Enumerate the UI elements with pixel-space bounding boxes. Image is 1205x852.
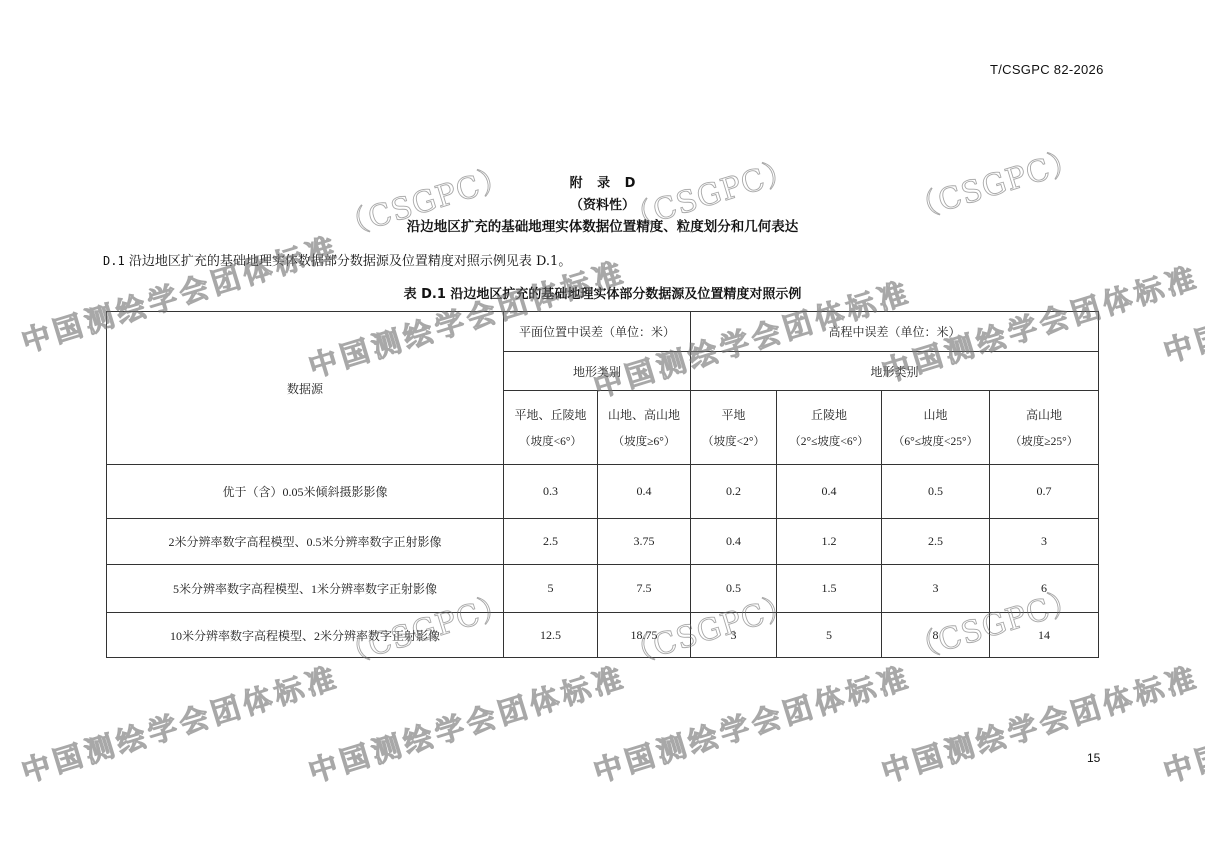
value-cell: 2.5 xyxy=(882,519,990,565)
intro-paragraph: D.1 沿边地区扩充的基础地理实体数据部分数据源及位置精度对照示例见表 D.1。 xyxy=(103,250,571,269)
value-cell: 7.5 xyxy=(598,565,691,613)
slope-range: （2°≤坡度<6°） xyxy=(777,433,881,449)
value-cell: 0.2 xyxy=(691,465,777,519)
watermark-text: 中国测绘学会团体标准 xyxy=(588,655,916,791)
value-cell: 18.75 xyxy=(598,613,691,658)
value-cell: 3 xyxy=(691,613,777,658)
value-cell: 0.4 xyxy=(691,519,777,565)
slope-range: （坡度≥6°） xyxy=(598,433,690,449)
terrain-name: 丘陵地 xyxy=(811,408,847,422)
column-header: 平地（坡度<2°） xyxy=(691,391,777,465)
column-header: 山地、高山地（坡度≥6°） xyxy=(598,391,691,465)
accuracy-table: 数据源 平面位置中误差（单位：米） 高程中误差（单位：米） 地形类别 地形类别 … xyxy=(106,311,1099,658)
terrain-name: 平地 xyxy=(722,408,746,422)
value-cell: 3 xyxy=(882,565,990,613)
appendix-nature: （资料性） xyxy=(0,194,1205,213)
value-cell: 0.4 xyxy=(777,465,882,519)
table-row: 优于（含）0.05米倾斜摄影影像0.30.40.20.40.50.7 xyxy=(107,465,1099,519)
data-source-cell: 10米分辨率数字高程模型、2米分辨率数字正射影像 xyxy=(107,613,504,658)
header-terrain-elevation: 地形类别 xyxy=(691,352,1099,391)
value-cell: 3 xyxy=(990,519,1099,565)
value-cell: 2.5 xyxy=(504,519,598,565)
value-cell: 0.4 xyxy=(598,465,691,519)
slope-range: （坡度≥25°） xyxy=(990,433,1098,449)
section-number: D.1 xyxy=(103,254,125,268)
column-header: 高山地（坡度≥25°） xyxy=(990,391,1099,465)
header-data-source: 数据源 xyxy=(107,312,504,465)
value-cell: 1.5 xyxy=(777,565,882,613)
slope-range: （6°≤坡度<25°） xyxy=(882,433,989,449)
header-terrain-plane: 地形类别 xyxy=(504,352,691,391)
appendix-title: 附 录 D xyxy=(0,172,1205,191)
table-row: 2米分辨率数字高程模型、0.5米分辨率数字正射影像2.53.750.41.22.… xyxy=(107,519,1099,565)
value-cell: 6 xyxy=(990,565,1099,613)
table-caption: 表 D.1 沿边地区扩充的基础地理实体部分数据源及位置精度对照示例 xyxy=(0,283,1205,302)
value-cell: 5 xyxy=(504,565,598,613)
watermark-text: 中国测绘学会团体标准 xyxy=(876,655,1204,791)
slope-range: （坡度<2°） xyxy=(691,433,776,449)
table-row: 10米分辨率数字高程模型、2米分辨率数字正射影像12.518.7535814 xyxy=(107,613,1099,658)
terrain-name: 山地、高山地 xyxy=(608,408,680,422)
value-cell: 3.75 xyxy=(598,519,691,565)
data-source-cell: 2米分辨率数字高程模型、0.5米分辨率数字正射影像 xyxy=(107,519,504,565)
value-cell: 0.3 xyxy=(504,465,598,519)
header-plane-error: 平面位置中误差（单位：米） xyxy=(504,312,691,352)
column-header: 山地（6°≤坡度<25°） xyxy=(882,391,990,465)
data-source-cell: 5米分辨率数字高程模型、1米分辨率数字正射影像 xyxy=(107,565,504,613)
page-number: 15 xyxy=(1087,751,1100,765)
value-cell: 14 xyxy=(990,613,1099,658)
watermark-text: 中国测绘学会团体标准 xyxy=(16,655,344,791)
value-cell: 0.7 xyxy=(990,465,1099,519)
value-cell: 8 xyxy=(882,613,990,658)
intro-text: 沿边地区扩充的基础地理实体数据部分数据源及位置精度对照示例见表 D.1。 xyxy=(129,254,572,269)
value-cell: 12.5 xyxy=(504,613,598,658)
header-elevation-error: 高程中误差（单位：米） xyxy=(691,312,1099,352)
slope-range: （坡度<6°） xyxy=(504,433,597,449)
terrain-name: 高山地 xyxy=(1026,408,1062,422)
appendix-heading: 沿边地区扩充的基础地理实体数据位置精度、粒度划分和几何表达 xyxy=(0,215,1205,235)
data-source-cell: 优于（含）0.05米倾斜摄影影像 xyxy=(107,465,504,519)
value-cell: 0.5 xyxy=(691,565,777,613)
watermark-text: 中国测绘学会团体标准 xyxy=(303,655,631,791)
watermark-text: 中国测绘学会团体标准 xyxy=(1158,235,1205,371)
terrain-name: 平地、丘陵地 xyxy=(514,408,586,422)
watermark-text: 中国测绘学会团体标准 xyxy=(1158,655,1205,791)
value-cell: 5 xyxy=(777,613,882,658)
column-header: 丘陵地（2°≤坡度<6°） xyxy=(777,391,882,465)
value-cell: 1.2 xyxy=(777,519,882,565)
document-code: T/CSGPC 82-2026 xyxy=(990,62,1104,77)
column-header: 平地、丘陵地（坡度<6°） xyxy=(504,391,598,465)
value-cell: 0.5 xyxy=(882,465,990,519)
table-row: 5米分辨率数字高程模型、1米分辨率数字正射影像57.50.51.536 xyxy=(107,565,1099,613)
terrain-name: 山地 xyxy=(924,408,948,422)
